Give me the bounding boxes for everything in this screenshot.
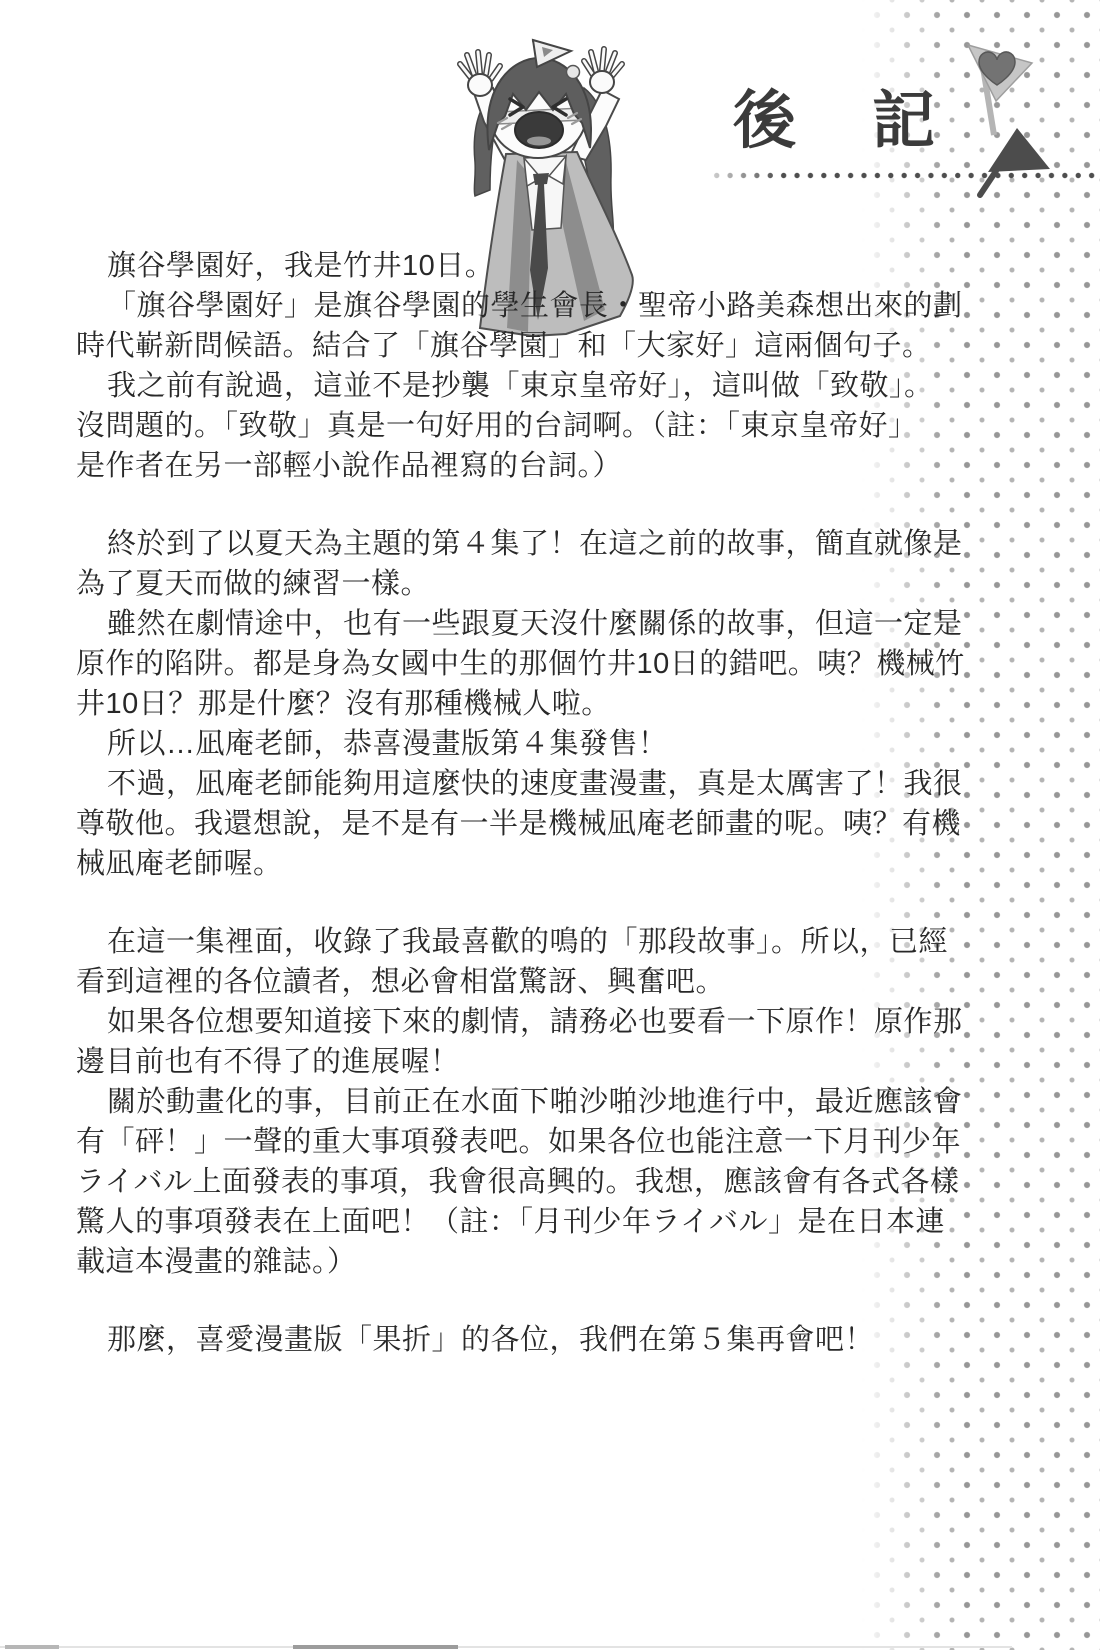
afterword-line: 我之前有說過，這並不是抄襲「東京皇帝好」，這叫做「致敬」。: [76, 366, 981, 406]
afterword-line: 為了夏天而做的練習一樣。: [76, 564, 981, 604]
afterword-line: 原作的陷阱。都是身為女國中生的那個竹井10日的錯吧。咦？機械竹: [76, 644, 981, 684]
afterword-line: 不過，凪庵老師能夠用這麼快的速度畫漫畫，真是太厲害了！我很: [76, 764, 981, 804]
afterword-line: 如果各位想要知道接下來的劇情，請務必也要看一下原作！原作那: [76, 1002, 981, 1042]
afterword-text: 旗谷學園好，我是竹井10日。 「旗谷學園好」是旗谷學園的學生會長・聖帝小路美森想…: [76, 246, 981, 1360]
afterword-line: 在這一集裡面，收錄了我最喜歡的鳴的「那段故事」。所以，已經: [76, 922, 981, 962]
triangle-flag-tail: [980, 171, 996, 195]
afterword-line: 是作者在另一部輕小說作品裡寫的台詞。）: [76, 446, 981, 486]
hair-accessory: [567, 66, 580, 79]
bottom-edge-line: [0, 1646, 1012, 1648]
afterword-line: 有「砰！」一聲的重大事項發表吧。如果各位也能注意一下月刊少年: [76, 1122, 981, 1162]
afterword-line: 井10日？那是什麼？沒有那種機械人啦。: [76, 684, 981, 724]
tongue: [527, 137, 551, 146]
head: [488, 40, 591, 158]
afterword-line: 終於到了以夏天為主題的第４集了！在這之前的故事，簡直就像是: [76, 524, 981, 564]
afterword-line: 驚人的事項發表在上面吧！（註：「月刊少年ライバル」是在日本連: [76, 1202, 981, 1242]
bottom-edge-bar-left: [5, 1645, 59, 1649]
afterword-line: 旗谷學園好，我是竹井10日。: [76, 246, 981, 286]
title-flag-decorations: [940, 35, 1100, 205]
afterword-blank-line: [76, 1282, 981, 1320]
afterword-line: 尊敬他。我還想說，是不是有一半是機械凪庵老師畫的呢。咦？有機: [76, 804, 981, 844]
afterword-line: 看到這裡的各位讀者，想必會相當驚訝、興奮吧。: [76, 962, 981, 1002]
afterword-line: 邊目前也有不得了的進展喔！: [76, 1042, 981, 1082]
afterword-page: 後記 旗谷學園好，我是竹井10日。 「旗谷學園好」是旗谷學園的學生會長・聖帝小路…: [0, 0, 1100, 1650]
afterword-line: 雖然在劇情途中，也有一些跟夏天沒什麼關係的故事，但這一定是: [76, 604, 981, 644]
afterword-line: 載這本漫畫的雜誌。）: [76, 1242, 981, 1282]
afterword-blank-line: [76, 884, 981, 922]
afterword-line: 那麼，喜愛漫畫版「果折」的各位，我們在第５集再會吧！: [76, 1320, 981, 1360]
afterword-line: 時代嶄新問候語。結合了「旗谷學園」和「大家好」這兩個句子。: [76, 326, 981, 366]
afterword-blank-line: [76, 486, 981, 524]
afterword-line: 所以…凪庵老師，恭喜漫畫版第４集發售！: [76, 724, 981, 764]
afterword-line: ライバル上面發表的事項，我會很高興的。我想，應該會有各式各樣: [76, 1162, 981, 1202]
necktie: [533, 173, 549, 185]
afterword-line: 關於動畫化的事，目前正在水面下啪沙啪沙地進行中，最近應該會: [76, 1082, 981, 1122]
bottom-edge-bar-mid: [293, 1645, 458, 1649]
afterword-line: 械凪庵老師喔。: [76, 844, 981, 884]
afterword-line: 「旗谷學園好」是旗谷學園的學生會長・聖帝小路美森想出來的劃: [76, 286, 981, 326]
afterword-line: 沒問題的。「致敬」真是一句好用的台詞啊。（註：「東京皇帝好」: [76, 406, 981, 446]
triangle-flag-icon: [988, 128, 1050, 172]
